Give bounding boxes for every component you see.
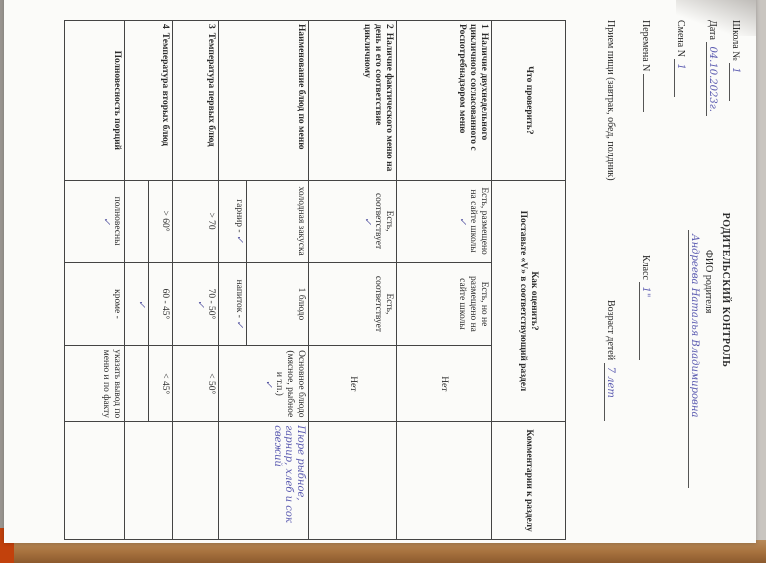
comment-cell[interactable] — [65, 422, 125, 540]
break-field: Перемена N — [640, 20, 651, 112]
school-input[interactable]: 1 — [729, 63, 741, 101]
option-label: Нет — [439, 349, 450, 418]
date-label: Дата — [707, 20, 718, 40]
option-cell[interactable]: > 60° — [149, 180, 173, 262]
table-row: 1Наличие двухнедельного цикличного согла… — [397, 21, 492, 540]
option-label: < 45° — [159, 349, 170, 418]
option-label: гарнир - — [234, 199, 244, 232]
row-number: 1 — [479, 24, 489, 29]
row-label: Наличие фактического меню на день и его … — [362, 24, 394, 171]
table-row: 4Температура вторых блюд > 60° 60 - 45° … — [149, 21, 173, 540]
comment-cell[interactable] — [173, 422, 219, 540]
option-cell[interactable]: Основное блюдо (мясное, рыбное и т.п.)✓ — [219, 346, 309, 422]
table-row: Наименование блюд по меню холодная закус… — [247, 21, 309, 540]
parent-field: ФИО родителя — [703, 250, 714, 313]
option-label: указать вывод по меню и по факту — [100, 349, 122, 418]
option-label: холодная закуска — [295, 184, 306, 259]
option-cell[interactable]: полновесны✓ — [65, 180, 125, 262]
comment-cell[interactable] — [397, 422, 492, 540]
table-header-row: Что проверить? Как оценить? Поставьте «V… — [492, 21, 566, 540]
form-title: РОДИТЕЛЬСКИЙ КОНТРОЛЬ — [720, 140, 731, 440]
option-cell[interactable] — [125, 180, 149, 262]
option-label: Есть, размещено на сайте школы — [467, 184, 489, 259]
option-label: полновесны — [111, 184, 122, 259]
class-input[interactable]: 1" — [639, 282, 651, 360]
parent-value-field: Андреева Наталья Владимировна — [688, 230, 700, 488]
row-number: 3 — [206, 24, 216, 29]
class-field: Класс 1" — [639, 255, 651, 360]
break-label: Перемена N — [640, 20, 651, 71]
option-label: 60 - 45° — [159, 266, 170, 343]
table-surface — [0, 540, 766, 563]
table-row: 3Температура первых блюд > 70 70 - 50°✓ … — [173, 21, 219, 540]
age-input[interactable]: 7 лет — [604, 363, 616, 421]
parent-input[interactable]: Андреева Наталья Владимировна — [688, 230, 700, 488]
option-cell[interactable]: 1 блюдо — [247, 262, 309, 346]
control-table: Что проверить? Как оценить? Поставьте «V… — [64, 20, 566, 540]
option-label: Есть, соответствует — [372, 184, 394, 259]
row-what: Полновесность порций — [65, 21, 125, 181]
row-what: Наименование блюд по меню — [219, 21, 309, 181]
option-label: Нет — [347, 349, 358, 418]
row-number: 4 — [160, 24, 170, 29]
option-cell[interactable]: < 45° — [149, 346, 173, 422]
header-how: Как оценить? Поставьте «V» в соответству… — [492, 180, 566, 422]
option-cell[interactable]: Есть, соответствует — [309, 262, 397, 346]
check-mark-icon: ✓ — [234, 235, 244, 243]
option-cell[interactable]: Нет — [397, 346, 492, 422]
row-what: 1Наличие двухнедельного цикличного согла… — [397, 21, 492, 181]
comment-cell[interactable]: Пюре рыбное, гарнир, хлеб и сок свежий — [219, 422, 309, 540]
option-cell[interactable]: гарнир - ✓ — [219, 180, 247, 262]
option-label: Есть, но не размещено на сайте школы — [456, 266, 489, 343]
option-label: > 70 — [205, 184, 216, 259]
check-mark-icon: ✓ — [234, 320, 244, 328]
option-cell[interactable]: Есть, но не размещено на сайте школы — [397, 262, 492, 346]
break-input[interactable] — [643, 74, 644, 112]
option-cell[interactable]: кроме - — [65, 262, 125, 346]
option-label: кроме - — [111, 266, 122, 343]
header-comment: Комментарии к разделу — [492, 422, 566, 540]
meal-field: Прием пищи (завтрак, обед, полдник) — [605, 20, 616, 181]
row-label: Полновесность порций — [112, 51, 122, 150]
header-what: Что проверить? — [492, 21, 566, 181]
row-label: Наименование блюд по меню — [296, 24, 306, 149]
date-input[interactable]: 04.10.2023г. — [706, 42, 718, 116]
check-mark-icon: ✓ — [100, 184, 111, 259]
date-field: Дата 04.10.2023г. — [706, 20, 718, 116]
school-field: Школа № 1 — [729, 20, 741, 101]
parent-control-form: РОДИТЕЛЬСКИЙ КОНТРОЛЬ Школа № 1 Дата 04.… — [6, 0, 766, 540]
option-label: Основное блюдо (мясное, рыбное и т.п.) — [273, 349, 306, 418]
check-mark-icon: ✓ — [194, 266, 205, 343]
shift-input[interactable]: 1 — [674, 59, 686, 97]
option-label: 70 - 50° — [205, 266, 216, 343]
option-cell[interactable]: < 50° — [173, 346, 219, 422]
option-cell[interactable]: 60 - 45° — [149, 262, 173, 346]
check-mark-icon: ✓ — [262, 349, 273, 418]
header-how-sub: Поставьте «V» в соответствующий раздел — [518, 184, 529, 419]
comment-cell[interactable] — [125, 422, 173, 540]
option-label: напиток - — [234, 280, 244, 318]
row-what: 2Наличие фактического меню на день и его… — [309, 21, 397, 181]
row-number: 2 — [384, 24, 394, 29]
option-label: > 60° — [159, 184, 170, 259]
option-cell[interactable]: напиток - ✓ — [219, 262, 247, 346]
table-row: 2Наличие фактического меню на день и его… — [309, 21, 397, 540]
row-label: Температура вторых блюд — [160, 33, 170, 146]
class-label: Класс — [640, 255, 651, 280]
option-cell[interactable] — [125, 346, 149, 422]
age-label: Возраст детей — [605, 300, 616, 360]
age-field: Возраст детей 7 лет — [604, 300, 616, 421]
option-cell[interactable]: холодная закуска — [247, 180, 309, 262]
option-cell[interactable]: 70 - 50°✓ — [173, 262, 219, 346]
row-label: Температура первых блюд — [206, 33, 216, 147]
table-row: Полновесность порций полновесны✓ кроме -… — [65, 21, 125, 540]
option-label: < 50° — [205, 349, 216, 418]
school-label: Школа № — [730, 20, 741, 61]
option-cell[interactable]: указать вывод по меню и по факту — [65, 346, 125, 422]
parent-label: ФИО родителя — [703, 250, 714, 313]
check-mark-icon: ✓ — [361, 184, 372, 259]
comment-cell[interactable] — [309, 422, 397, 540]
option-label: 1 блюдо — [295, 266, 306, 343]
check-mark-icon: ✓ — [456, 184, 467, 259]
row-label: Наличие двухнедельного цикличного соглас… — [457, 24, 489, 151]
shift-label: Смена N — [675, 20, 686, 57]
shift-field: Смена N 1 — [674, 20, 686, 97]
option-cell[interactable]: Нет — [309, 346, 397, 422]
row-what: 3Температура первых блюд — [173, 21, 219, 181]
meal-label: Прием пищи (завтрак, обед, полдник) — [605, 20, 616, 181]
option-cell[interactable]: Есть, соответствует✓ — [309, 180, 397, 262]
option-cell[interactable]: > 70 — [173, 180, 219, 262]
option-cell[interactable]: ✓ — [125, 262, 149, 346]
option-label: Есть, соответствует — [372, 266, 394, 343]
option-cell[interactable]: Есть, размещено на сайте школы✓ — [397, 180, 492, 262]
header-how-title: Как оценить? — [529, 184, 540, 419]
row-what: 4Температура вторых блюд — [125, 21, 173, 181]
